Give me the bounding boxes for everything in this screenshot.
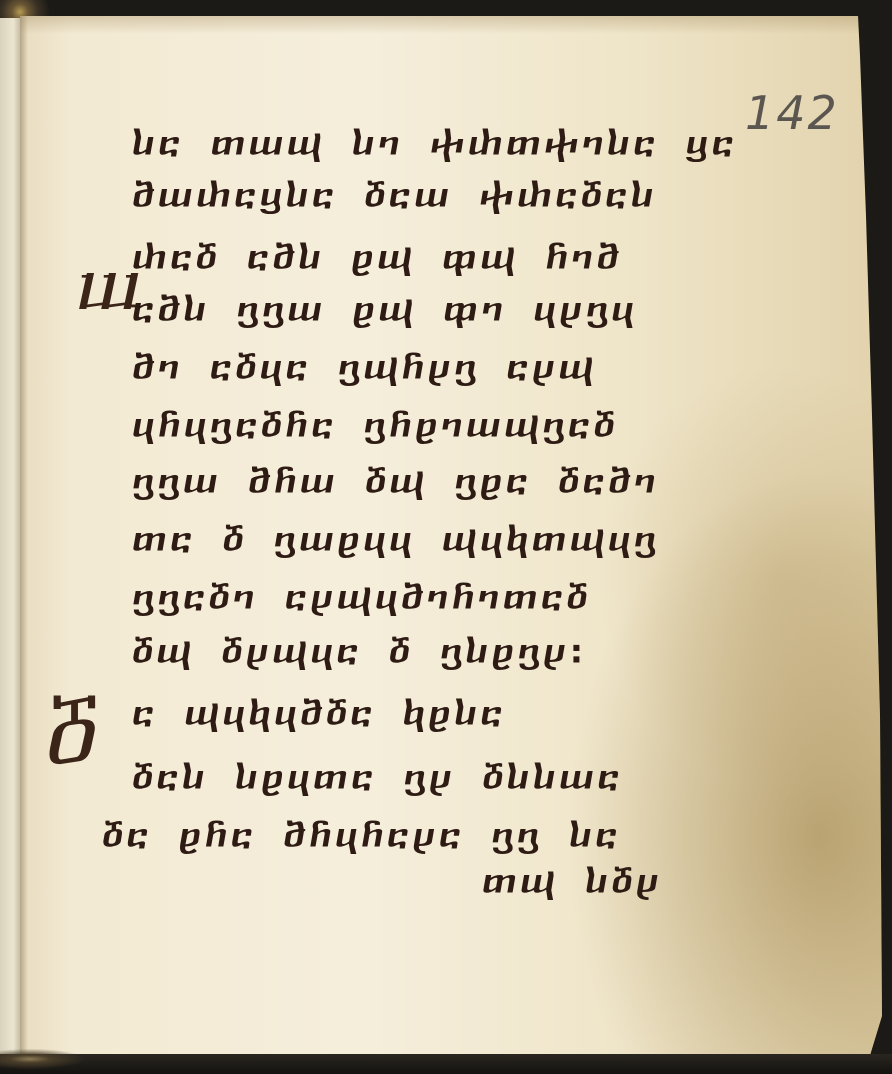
text-line: ⴂⴂⴀⴃⴈ ⴀⴞⴓⴗⴋⴈⴌⴈⴇⴀⴃ bbox=[132, 579, 591, 617]
text-line: ⴂⴂⴍ ⴋⴌⴍ ⴃⴓ ⴂⴒⴀ ⴃⴀⴋⴈ bbox=[132, 463, 659, 501]
text-line: ⴐⴀⴃ ⴀⴋⴑ ⴒⴓ ⴔⴓ ⴌⴈⴋ bbox=[132, 239, 622, 277]
text-line: ⴃⴀ ⴒⴌⴀ ⴋⴌⴗⴌⴀⴞⴀ ⴂⴂ ⴑⴀ bbox=[102, 817, 621, 855]
text-line: ⴋⴍⴐⴀⴁⴑⴀ ⴃⴀⴍ ⴕⴐⴀⴃⴀⴑ bbox=[132, 177, 657, 215]
text-line: ⴀⴋⴑ ⴂⴂⴍ ⴒⴓ ⴔⴈ ⴗⴞⴂⴗ bbox=[132, 291, 637, 329]
previous-page-edge bbox=[0, 18, 23, 1063]
manuscript-page: 142 ⴍ ⴃ ⴑⴀ ⴇⴍⴓ ⴑⴈ ⴕⴐⴇⴕⴈⴑⴀ ⴁⴀ ⴋⴍⴐⴀⴁⴑⴀ ⴃⴀⴍ… bbox=[20, 16, 882, 1062]
text-line: ⴃⴓ ⴃⴞⴓⴗⴀ ⴃ ⴂⴑⴒⴂⴞ: bbox=[132, 633, 586, 671]
decorated-initial: ⴃ bbox=[42, 681, 101, 786]
text-line: ⴃⴀⴑ ⴑⴒⴗⴇⴀ ⴂⴞ ⴃⴑⴑⴍⴀ bbox=[132, 759, 623, 797]
folio-number: 142 bbox=[745, 86, 839, 140]
text-line: ⴇⴀ ⴃ ⴂⴍⴒⴗⴗ ⴓⴗⴉⴇⴓⴗⴂ bbox=[132, 521, 659, 559]
gutter-fold bbox=[20, 16, 28, 1062]
text-line: ⴗⴌⴗⴂⴀⴃⴌⴀ ⴂⴌⴒⴈⴍⴓⴂⴀⴃ bbox=[132, 407, 618, 445]
text-line: ⴑⴀ ⴇⴍⴓ ⴑⴈ ⴕⴐⴇⴕⴈⴑⴀ ⴁⴀ bbox=[132, 125, 737, 163]
text-line: ⴀ ⴓⴗⴉⴗⴋⴃⴀ ⴉⴒⴑⴀ bbox=[132, 695, 506, 733]
text-line: ⴇⴓ ⴑⴃⴞ bbox=[482, 863, 662, 901]
binding-bottom-edge bbox=[0, 1054, 892, 1074]
text-line: ⴋⴈ ⴀⴃⴗⴀ ⴂⴓⴌⴞⴂ ⴀⴞⴓ bbox=[132, 349, 597, 387]
